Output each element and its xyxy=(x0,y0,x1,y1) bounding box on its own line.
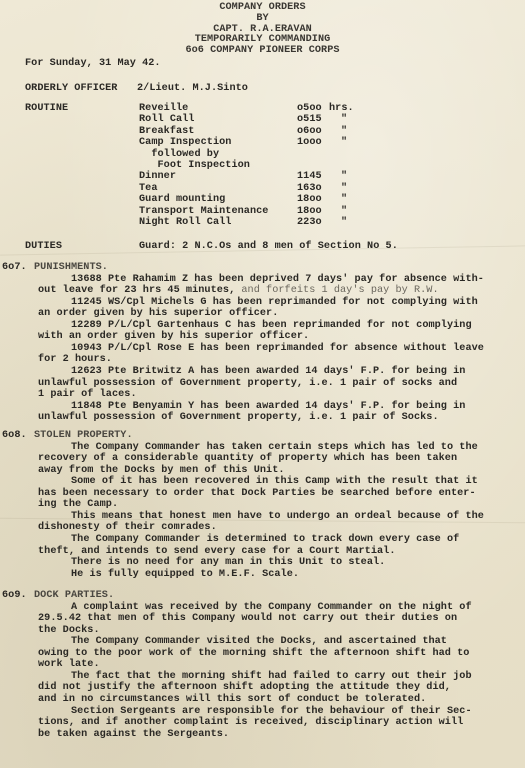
routine-activity: Roll Call xyxy=(139,115,194,126)
section-number: 6o7. xyxy=(2,263,27,274)
section-title: DOCK PARTIES. xyxy=(34,591,114,602)
routine-activity: Breakfast xyxy=(139,127,194,138)
section-line: theft, and intends to send every case fo… xyxy=(38,547,395,558)
section-line: 13688 Pte Rahamim Z has been deprived 7 … xyxy=(71,275,484,286)
section-line: away from the Docks by men of this Unit. xyxy=(38,466,285,477)
routine-activity: followed by xyxy=(139,150,219,161)
routine-activity: Tea xyxy=(139,184,158,195)
section-line: with an order given by his superior offi… xyxy=(38,332,309,343)
section-line: Some of it has been recovered in this Ca… xyxy=(71,477,478,488)
section-line: ing the Camp. xyxy=(38,500,118,511)
routine-unit: " xyxy=(341,218,347,229)
routine-activity: Camp Inspection xyxy=(139,138,231,149)
routine-time: o515 xyxy=(297,115,322,126)
routine-unit: " xyxy=(341,184,347,195)
section-line: The Company Commander is determined to t… xyxy=(71,535,459,546)
duties-label: DUTIES xyxy=(25,242,62,253)
section-line: There is no need for any man in this Uni… xyxy=(71,558,385,569)
section-line: be taken against the Sergeants. xyxy=(38,730,229,741)
section-line: work late. xyxy=(38,660,100,671)
section-line: 11848 Pte Benyamin Y has been awarded 14… xyxy=(71,402,465,413)
routine-activity: Guard mounting xyxy=(139,195,225,206)
routine-unit: " xyxy=(341,115,347,126)
routine-activity: Night Roll Call xyxy=(139,218,231,229)
section-line: He is fully equipped to M.E.F. Scale. xyxy=(71,570,299,581)
date-line: For Sunday, 31 May 42. xyxy=(25,59,161,70)
routine-time: 18oo xyxy=(297,195,322,206)
section-line: unlawful possession of Government proper… xyxy=(38,379,457,390)
routine-unit: " xyxy=(341,138,347,149)
section-line: 29.5.42 that men of this Company would n… xyxy=(38,614,457,625)
section-line: has been necessary to order that Dock Pa… xyxy=(38,489,476,500)
header-by: BY xyxy=(0,14,525,25)
section-line: an order given by his superior officer. xyxy=(38,309,278,320)
section-line: did not justify the afternoon shift adop… xyxy=(38,683,451,694)
duties-value: Guard: 2 N.C.Os and 8 men of Section No … xyxy=(139,242,398,253)
section-number: 6o9. xyxy=(2,591,27,602)
section-line: A complaint was received by the Company … xyxy=(71,603,472,614)
routine-activity: Transport Maintenance xyxy=(139,207,268,218)
section-line: and in no circumstances will this sort o… xyxy=(38,695,426,706)
section-line: owing to the poor work of the morning sh… xyxy=(38,649,469,660)
routine-time: o6oo xyxy=(297,127,322,138)
section-line: 11245 WS/Cpl Michels G has been repriman… xyxy=(71,298,478,309)
routine-time: 223o xyxy=(297,218,322,229)
section-line: 1 pair of laces. xyxy=(38,390,137,401)
orderly-officer-label: ORDERLY OFFICER xyxy=(25,84,117,95)
routine-activity: Dinner xyxy=(139,172,176,183)
section-line: 12289 P/L/Cpl Gartenhaus C has been repr… xyxy=(71,321,472,332)
section-line: recovery of a considerable quantity of p… xyxy=(38,454,457,465)
section-line: dishonesty of their comrades. xyxy=(38,523,217,534)
section-line: 10943 P/L/Cpl Rose E has been reprimande… xyxy=(71,344,484,355)
section-line: unlawful possession of Government proper… xyxy=(38,413,439,424)
section-line: out leave for 23 hrs 45 minutes, and for… xyxy=(38,286,439,297)
section-line: for 2 hours. xyxy=(38,355,112,366)
routine-unit: " xyxy=(341,195,347,206)
routine-unit: " xyxy=(341,207,347,218)
section-line: Section Sergeants are responsible for th… xyxy=(71,707,472,718)
header-unit: 6o6 COMPANY PIONEER CORPS xyxy=(0,46,525,57)
routine-unit: " xyxy=(341,127,347,138)
routine-time: 18oo xyxy=(297,207,322,218)
company-orders-document: COMPANY ORDERS BY CAPT. R.A.ERAVAN TEMPO… xyxy=(0,0,525,768)
section-line: the Docks. xyxy=(38,626,100,637)
document-header: COMPANY ORDERS BY CAPT. R.A.ERAVAN TEMPO… xyxy=(0,3,525,57)
routine-label: ROUTINE xyxy=(25,104,68,115)
section-line: 12623 Pte Britwitz A has been awarded 14… xyxy=(71,367,465,378)
faint-annotation: and forfeits 1 day's pay by R.W. xyxy=(235,285,438,296)
section-line: The Company Commander visited the Docks,… xyxy=(71,637,447,648)
section-line: The Company Commander has taken certain … xyxy=(71,443,478,454)
section-title: PUNISHMENTS. xyxy=(34,263,108,274)
routine-time: 163o xyxy=(297,184,322,195)
routine-unit: " xyxy=(341,172,347,183)
orderly-officer-value: 2/Lieut. M.J.Sinto xyxy=(137,84,248,95)
section-line: tions, and if another complaint is recei… xyxy=(38,718,463,729)
routine-time: 1ooo xyxy=(297,138,322,149)
section-number: 6o8. xyxy=(2,431,27,442)
routine-time: 1145 xyxy=(297,172,322,183)
routine-time: o5oo xyxy=(297,104,322,115)
section-title: STOLEN PROPERTY. xyxy=(34,431,133,442)
